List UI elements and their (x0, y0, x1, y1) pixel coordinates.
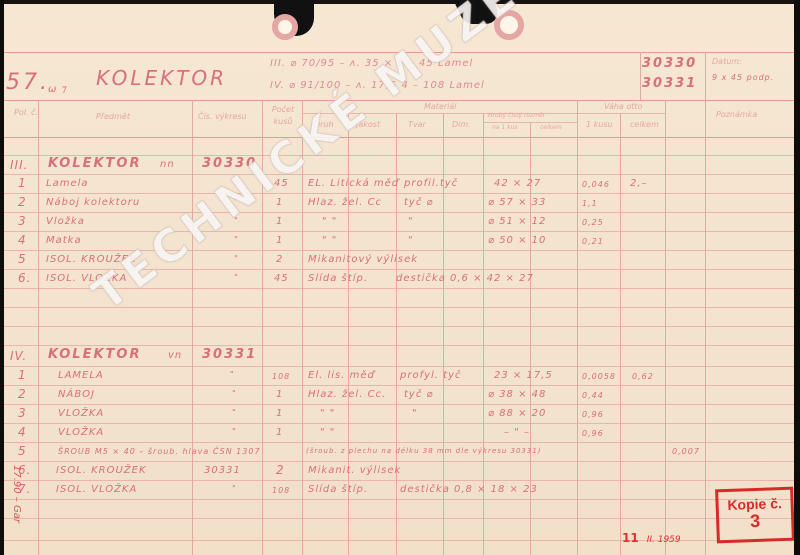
row-pol: 4 (18, 425, 27, 439)
row-pocet: 1 (276, 389, 283, 400)
row-tvar: profyl. tyč (400, 370, 462, 381)
row-predmet: Vložka (46, 216, 85, 227)
rule (4, 326, 794, 327)
row-vaha-1kus: 0,44 (582, 391, 604, 400)
row-pocet: 1 (276, 427, 283, 438)
row-predmet: LAMELA (58, 370, 104, 381)
issue-date: 11II. 1959 (622, 531, 681, 545)
row-druh: " " (320, 427, 335, 438)
row-rozmer: ⌀ 50 × 10 (488, 235, 546, 246)
row-pocet: 1 (276, 235, 283, 246)
row-tvar: " (408, 216, 414, 227)
margin-note: 17.90 – Gar (11, 465, 22, 523)
archive-card: 57. ω ⁊ KOLEKTOR III. ⌀ 70/95 – ᴧ. 35 × … (4, 0, 794, 555)
rule (4, 366, 794, 367)
row-vykres: " (232, 389, 237, 398)
row-rozmer: 42 × 27 (494, 178, 541, 189)
card-title: KOLEKTOR (96, 66, 227, 90)
row-pol: 2 (18, 387, 27, 401)
row-predmet: NÁBOJ (58, 389, 95, 400)
row-vaha-celkem: 2,– (630, 178, 648, 189)
row-rozmer: ⌀ 57 × 33 (488, 197, 546, 208)
row-druh: EL. Litická měď (308, 178, 399, 189)
row-vykres: " (234, 235, 239, 244)
section-suffix: vn (168, 350, 182, 361)
col-header-pol: Pol. č. (14, 108, 38, 117)
col-header-na-1-kus: na 1 kus (492, 124, 518, 131)
row-vykres: " (232, 484, 237, 493)
row-predmet: VLOŽKA (58, 408, 104, 419)
col-header-predmet: Předmět (96, 112, 130, 121)
col-header-material: Materiál (424, 102, 457, 111)
section-roman: III. (10, 158, 28, 172)
row-druh: (šroub. z plechu na délku 38 mm dle výkr… (306, 447, 542, 455)
section-title: KOLEKTOR (48, 347, 141, 362)
drawing-number: 30330 (642, 56, 697, 71)
row-predmet: Matka (46, 235, 82, 246)
row-pocet: 2 (276, 254, 283, 265)
section-title: KOLEKTOR (48, 156, 141, 171)
col-header-rozmer: Hrubý čistý rozměr (488, 112, 545, 119)
rule (4, 442, 794, 443)
row-pol: 1 (18, 368, 27, 382)
rule (4, 193, 794, 194)
rule (705, 52, 706, 555)
row-pol: 3 (18, 406, 27, 420)
row-druh: " " (322, 216, 337, 227)
rule (640, 52, 641, 100)
scan-right-edge (794, 0, 800, 555)
row-tvar: tyč ⌀ (404, 389, 434, 400)
date-rest: II. 1959 (647, 535, 681, 545)
row-pocet: 1 (276, 408, 283, 419)
row-pol: 3 (18, 214, 27, 228)
row-vaha-1kus: 0,21 (582, 237, 604, 246)
rule (4, 499, 794, 500)
row-rozmer: – " – (504, 427, 530, 438)
row-pol: 1 (18, 176, 27, 190)
row-pocet: 1 (276, 216, 283, 227)
row-pocet: 108 (272, 372, 290, 381)
row-druh: Hlaz. žel. Cc. (308, 389, 386, 400)
col-header-poznamka: Poznámka (716, 110, 757, 119)
rule (4, 212, 794, 213)
row-vykres: " (232, 427, 237, 436)
row-druh: " " (320, 408, 335, 419)
col-header-vaha: Váha otto (604, 102, 642, 111)
row-pol: 5 (18, 252, 27, 266)
row-predmet: Lamela (46, 178, 89, 189)
datum-value: 9 x 45 podp. (712, 73, 774, 82)
row-predmet: ŠROUB M5 × 40 – šroub. hlava ČSN 1307 (58, 447, 261, 456)
row-tvar: tyč ⌀ (404, 197, 434, 208)
section-suffix: nn (160, 159, 175, 170)
rule (4, 480, 794, 481)
row-vaha-celkem: 0,62 (632, 372, 654, 381)
row-vykres: " (234, 273, 239, 282)
row-vykres: " (234, 254, 239, 263)
row-druh: Slída štíp. (308, 484, 368, 495)
rule (4, 461, 794, 462)
row-pocet: 1 (276, 197, 283, 208)
row-rozmer: ⌀ 88 × 20 (488, 408, 546, 419)
row-predmet: ISOL. VLOŽKA (56, 484, 137, 495)
row-druh: Hlaz. žel. Cc (308, 197, 382, 208)
punch-hole (272, 14, 298, 40)
rule (4, 345, 794, 346)
row-druh: El. lis. měď (308, 370, 375, 381)
rule (4, 423, 794, 424)
rule (577, 113, 665, 114)
row-druh: Slída štíp. (308, 273, 368, 284)
row-poznamka-value: 0,007 (672, 447, 700, 456)
rule (4, 404, 794, 405)
row-pol: 5 (18, 444, 27, 458)
scan-left-edge (0, 0, 4, 555)
sheet-number: 57. (6, 70, 50, 95)
col-header-rozmer-celkem: celkem (540, 124, 562, 131)
row-rozmer: ⌀ 51 × 12 (488, 216, 546, 227)
row-vaha-1kus: 0,96 (582, 410, 604, 419)
col-header-vaha-celkem: celkem (630, 120, 659, 129)
stamp-number: 3 (719, 511, 792, 532)
row-tvar: destička 0,6 × 42 × 27 (396, 273, 534, 284)
row-tvar: " (408, 235, 414, 246)
row-rozmer: ⌀ 38 × 48 (488, 389, 546, 400)
row-pol: 2 (18, 195, 27, 209)
row-vaha-1kus: 0,96 (582, 429, 604, 438)
rule (4, 385, 794, 386)
rule (4, 518, 794, 519)
row-druh: Mikanitový výlisek (308, 254, 418, 265)
row-rozmer: 23 × 17,5 (494, 370, 553, 381)
row-pocet: 2 (276, 463, 285, 477)
row-vaha-1kus: 0,046 (582, 180, 610, 189)
rule (620, 113, 621, 555)
row-druh: Mikanit. výlisek (308, 465, 401, 476)
rule (577, 100, 578, 555)
row-vaha-1kus: 0,0058 (582, 372, 616, 381)
row-tvar: profil.tyč (404, 178, 458, 189)
row-vykres: 30331 (204, 465, 241, 476)
row-tvar: " (412, 408, 418, 419)
sheet-note: ω ⁊ (48, 84, 68, 95)
row-predmet: Náboj kolektoru (46, 197, 140, 208)
date-day: 11 (622, 531, 639, 545)
copy-stamp: Kopie č. 3 (715, 487, 794, 544)
section-drawing: 30331 (202, 347, 257, 362)
row-predmet: VLOŽKA (58, 427, 104, 438)
row-pocet: 45 (274, 273, 289, 284)
row-tvar: destička 0,8 × 18 × 23 (400, 484, 538, 495)
scan-top-edge (4, 0, 794, 4)
row-vaha-1kus: 1,1 (582, 199, 598, 208)
col-header-vaha-1-kus: 1 kusu (586, 120, 613, 129)
row-pocet: 108 (272, 486, 290, 495)
row-pol: 6. (18, 271, 31, 285)
row-vykres: " (230, 370, 235, 379)
rule (192, 100, 193, 555)
row-predmet: ISOL. KROUŽEK (56, 465, 147, 476)
col-header-cis-vykresu: Čís. výkresu (198, 112, 247, 121)
drawing-number: 30331 (642, 76, 697, 91)
section-roman: IV. (10, 349, 27, 363)
col-header-tvar: Tvar (408, 120, 426, 129)
rule (4, 231, 794, 232)
row-druh: " " (322, 235, 337, 246)
datum-label: Datum: (712, 57, 742, 66)
rule (665, 100, 666, 555)
rule (38, 100, 39, 555)
rule (4, 137, 794, 138)
row-pol: 4 (18, 233, 27, 247)
col-header-dim: Dim. (452, 120, 471, 129)
row-vykres: " (232, 408, 237, 417)
row-vaha-1kus: 0,25 (582, 218, 604, 227)
rule (4, 174, 794, 175)
